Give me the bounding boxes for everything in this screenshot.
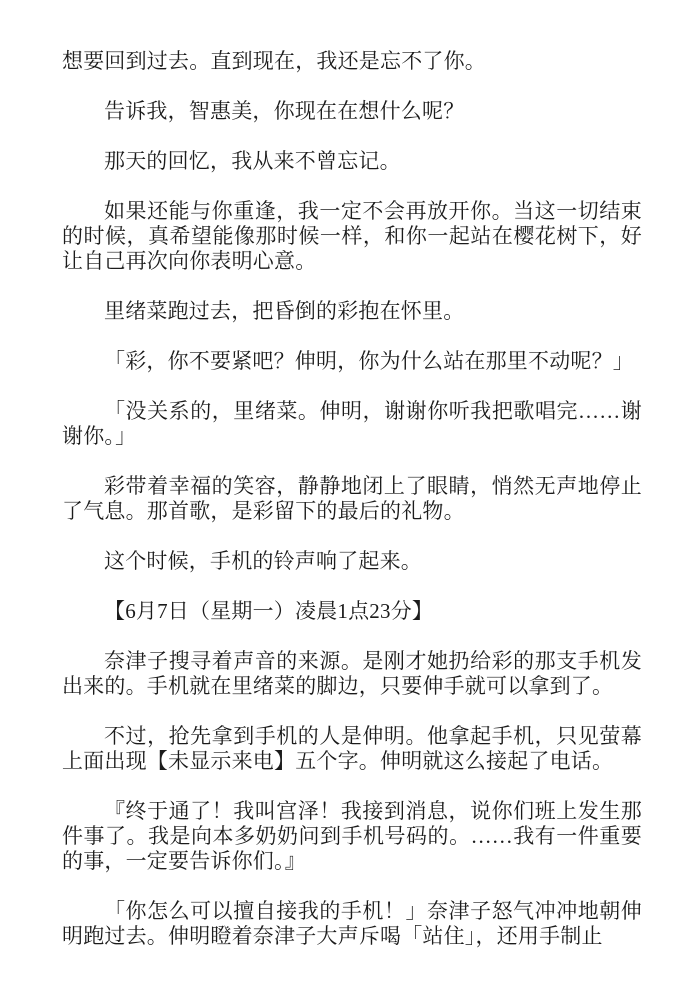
paragraph: 彩带着幸福的笑容，静静地闭上了眼睛，悄然无声地停止了气息。那首歌，是彩留下的最后… [62, 474, 642, 524]
paragraph-timestamp: 【6月7日（星期一）凌晨1点23分】 [62, 599, 642, 624]
paragraph: 里绪菜跑过去，把昏倒的彩抱在怀里。 [62, 299, 642, 324]
paragraph: 那天的回忆，我从来不曾忘记。 [62, 149, 642, 174]
paragraph: 奈津子搜寻着声音的来源。是刚才她扔给彩的那支手机发出来的。手机就在里绪菜的脚边，… [62, 649, 642, 699]
paragraph-dialogue: 「彩，你不要紧吧？伸明，你为什么站在那里不动呢？」 [62, 349, 642, 374]
paragraph-continuation: 想要回到过去。直到现在，我还是忘不了你。 [62, 49, 642, 74]
paragraph: 这个时候，手机的铃声响了起来。 [62, 549, 642, 574]
paragraph-phone-dialogue: 『终于通了！我叫宫泽！我接到消息，说你们班上发生那件事了。我是向本多奶奶问到手机… [62, 799, 642, 874]
paragraph-dialogue: 「你怎么可以擅自接我的手机！」奈津子怒气冲冲地朝伸明跑过去。伸明瞪着奈津子大声斥… [62, 899, 642, 949]
paragraph: 告诉我，智惠美，你现在在想什么呢？ [62, 99, 642, 124]
paragraph-dialogue: 「没关系的，里绪菜。伸明，谢谢你听我把歌唱完……谢谢你。」 [62, 399, 642, 449]
paragraph: 不过，抢先拿到手机的人是伸明。他拿起手机，只见萤幕上面出现【未显示来电】五个字。… [62, 724, 642, 774]
document-page: 想要回到过去。直到现在，我还是忘不了你。 告诉我，智惠美，你现在在想什么呢？ 那… [0, 0, 700, 992]
paragraph: 如果还能与你重逢，我一定不会再放开你。当这一切结束的时候，真希望能像那时候一样，… [62, 199, 642, 274]
